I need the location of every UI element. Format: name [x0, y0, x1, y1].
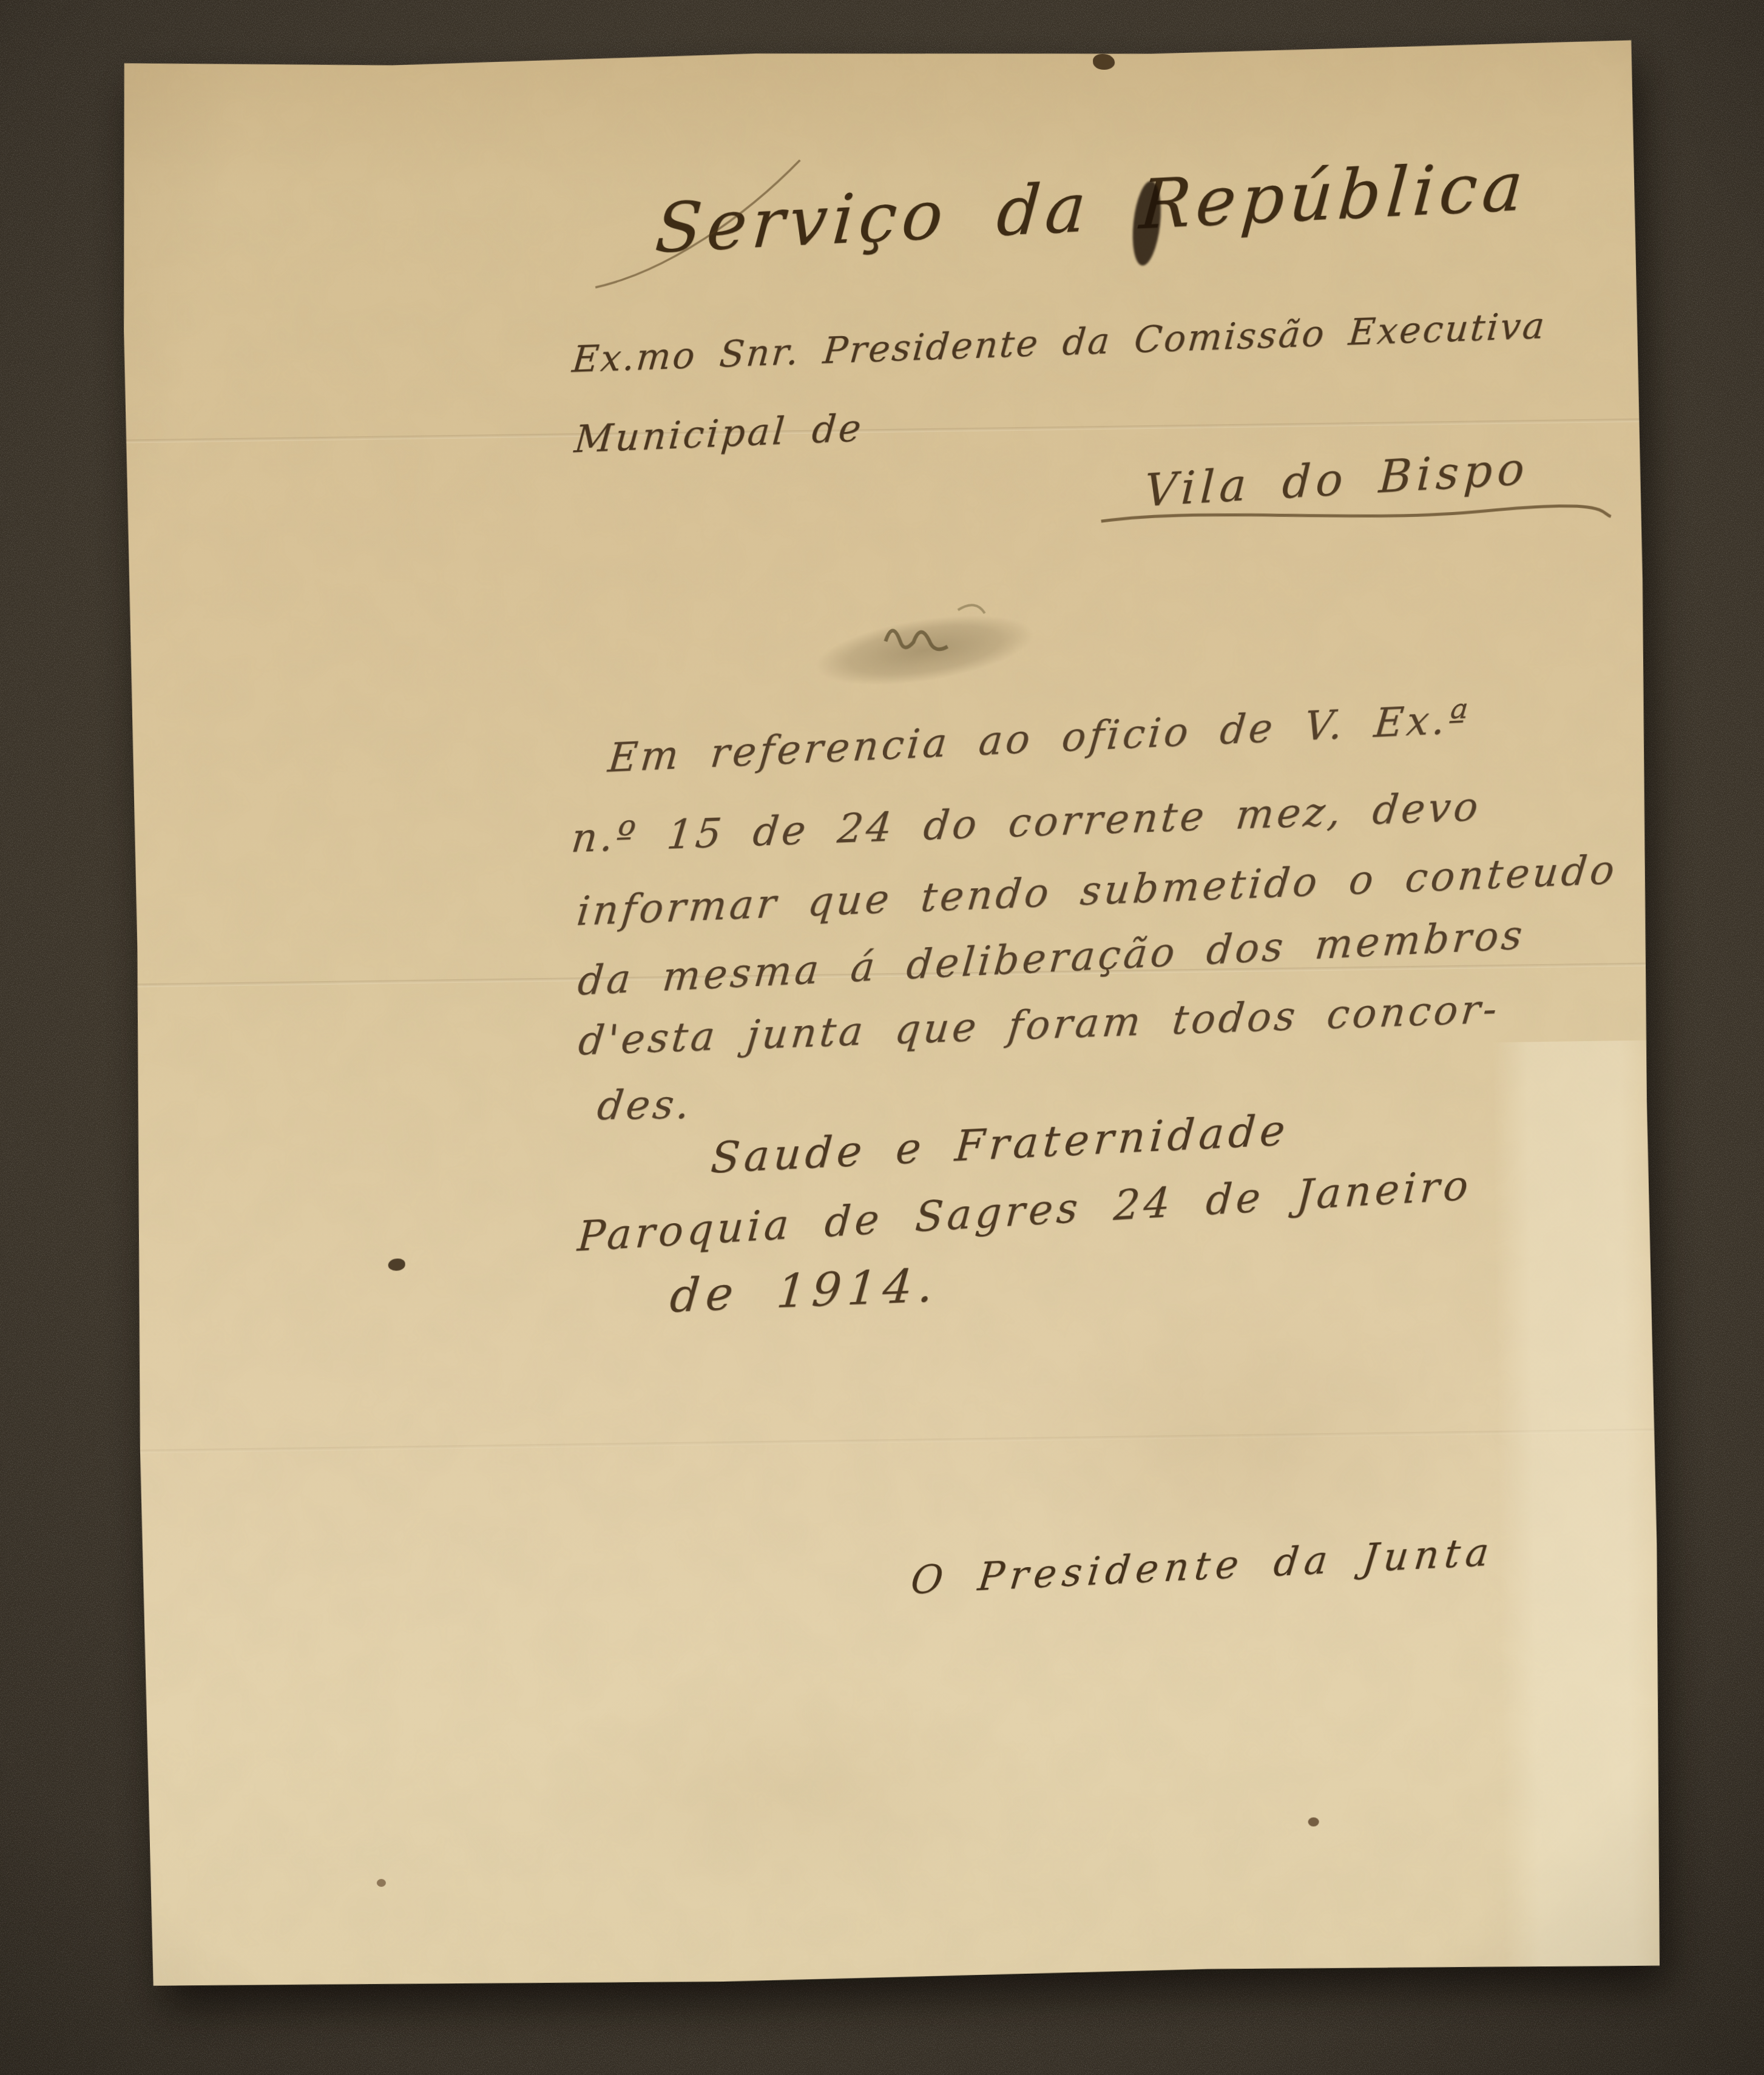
letter-paper: Serviço da República Ex.mo Snr. Presiden… [119, 39, 1663, 1990]
dateline-year: de 1914. [668, 1258, 941, 1323]
ink-blot-top-edge [1093, 54, 1115, 70]
paper-light-band [1492, 1041, 1663, 1971]
letter-heading: Serviço da República [653, 147, 1531, 269]
photo-stage: Serviço da República Ex.mo Snr. Presiden… [0, 0, 1764, 2075]
paper-spot-3 [377, 1879, 386, 1887]
salute-line: Saude e Fraternidade [709, 1105, 1291, 1183]
fold-crease-top [124, 419, 1641, 444]
body-line-6: des. [595, 1081, 695, 1129]
letter-paper-wrap: Serviço da República Ex.mo Snr. Presiden… [119, 39, 1663, 1990]
addressee-place: Vila do Bispo [1143, 442, 1530, 517]
body-line-1: Em referencia ao oficio de V. Ex.ª [606, 695, 1472, 781]
paper-spot-2 [1308, 1817, 1319, 1826]
ink-smudge [799, 578, 1076, 709]
paper-stain-2 [536, 1656, 1037, 1917]
addressee-line-2: Municipal de [573, 405, 865, 461]
addressee-line-1: Ex.mo Snr. Presidente da Comissão Execut… [570, 305, 1548, 381]
paper-spot-1 [388, 1258, 405, 1270]
body-line-2: n.º 15 de 24 do corrente mez, devo [569, 783, 1484, 862]
